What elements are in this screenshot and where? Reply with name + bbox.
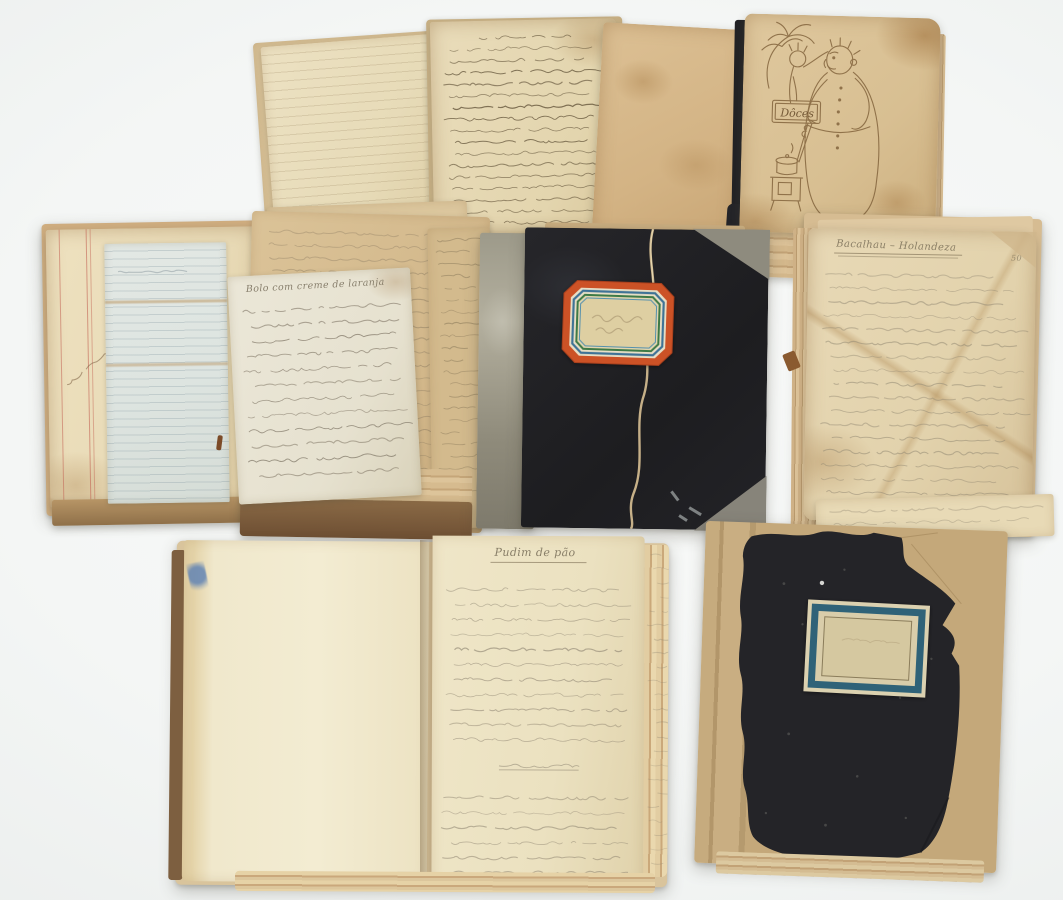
black-notebook-cover <box>521 227 769 530</box>
blue-sheet-script <box>112 265 190 278</box>
rusty-staple <box>216 435 223 451</box>
bottom-black-notebook-board <box>694 521 1008 873</box>
page-edge-writing-fragments <box>643 549 669 873</box>
right-stack-main-page: Bacalhau – Holandeza 50 <box>803 228 1036 524</box>
bottom-page-paragraph-1 <box>434 578 641 751</box>
bottom-black-notebook-label <box>803 599 930 697</box>
cooks-caricature-drawing: Dôces <box>739 13 941 236</box>
bottom-page-paragraph-2 <box>433 788 639 881</box>
doces-sign-text: Dôces <box>779 106 814 120</box>
doces-drawing-page: Dôces <box>739 13 941 236</box>
label-inner-panel <box>821 616 912 681</box>
bottom-notebook-right-page-edges <box>643 545 669 877</box>
bolo-recipe-page: Bolo com creme de laranja <box>227 267 422 504</box>
blue-ruled-sheet <box>104 242 230 504</box>
bottom-notebook-right-page: Pudim de pão <box>431 536 644 885</box>
blue-sheet-fold-streak <box>105 299 227 304</box>
pudim-title-underline <box>491 562 587 563</box>
bacalhau-title: Bacalhau – Holandeza <box>836 239 956 254</box>
cover-crack <box>521 227 769 530</box>
torn-black-paper-covering <box>694 521 1008 873</box>
bolo-page-title: Bolo com creme de laranja <box>246 277 385 295</box>
pudim-title: Pudim de pão <box>495 546 576 559</box>
blue-stamp <box>186 561 210 596</box>
bottom-notebook-left-page <box>182 540 429 883</box>
black-notebook-label <box>561 279 676 367</box>
notebook1-handwriting <box>432 22 616 231</box>
ledger-red-rule-line <box>59 230 65 508</box>
label-faint-writing <box>832 630 903 650</box>
right-stack-writing <box>806 258 1034 518</box>
blue-sheet-fold-streak <box>106 362 228 367</box>
stack-base-board <box>240 498 473 540</box>
bottom-notebook-bottom-fringe <box>235 871 655 893</box>
label-teal-frame <box>808 604 926 694</box>
bolo-page-writing <box>230 291 418 498</box>
photo-of-antique-recipe-notebooks: Dôces Bolo com creme de laranja <box>0 0 1063 900</box>
bottom-page-second-title <box>456 760 622 781</box>
